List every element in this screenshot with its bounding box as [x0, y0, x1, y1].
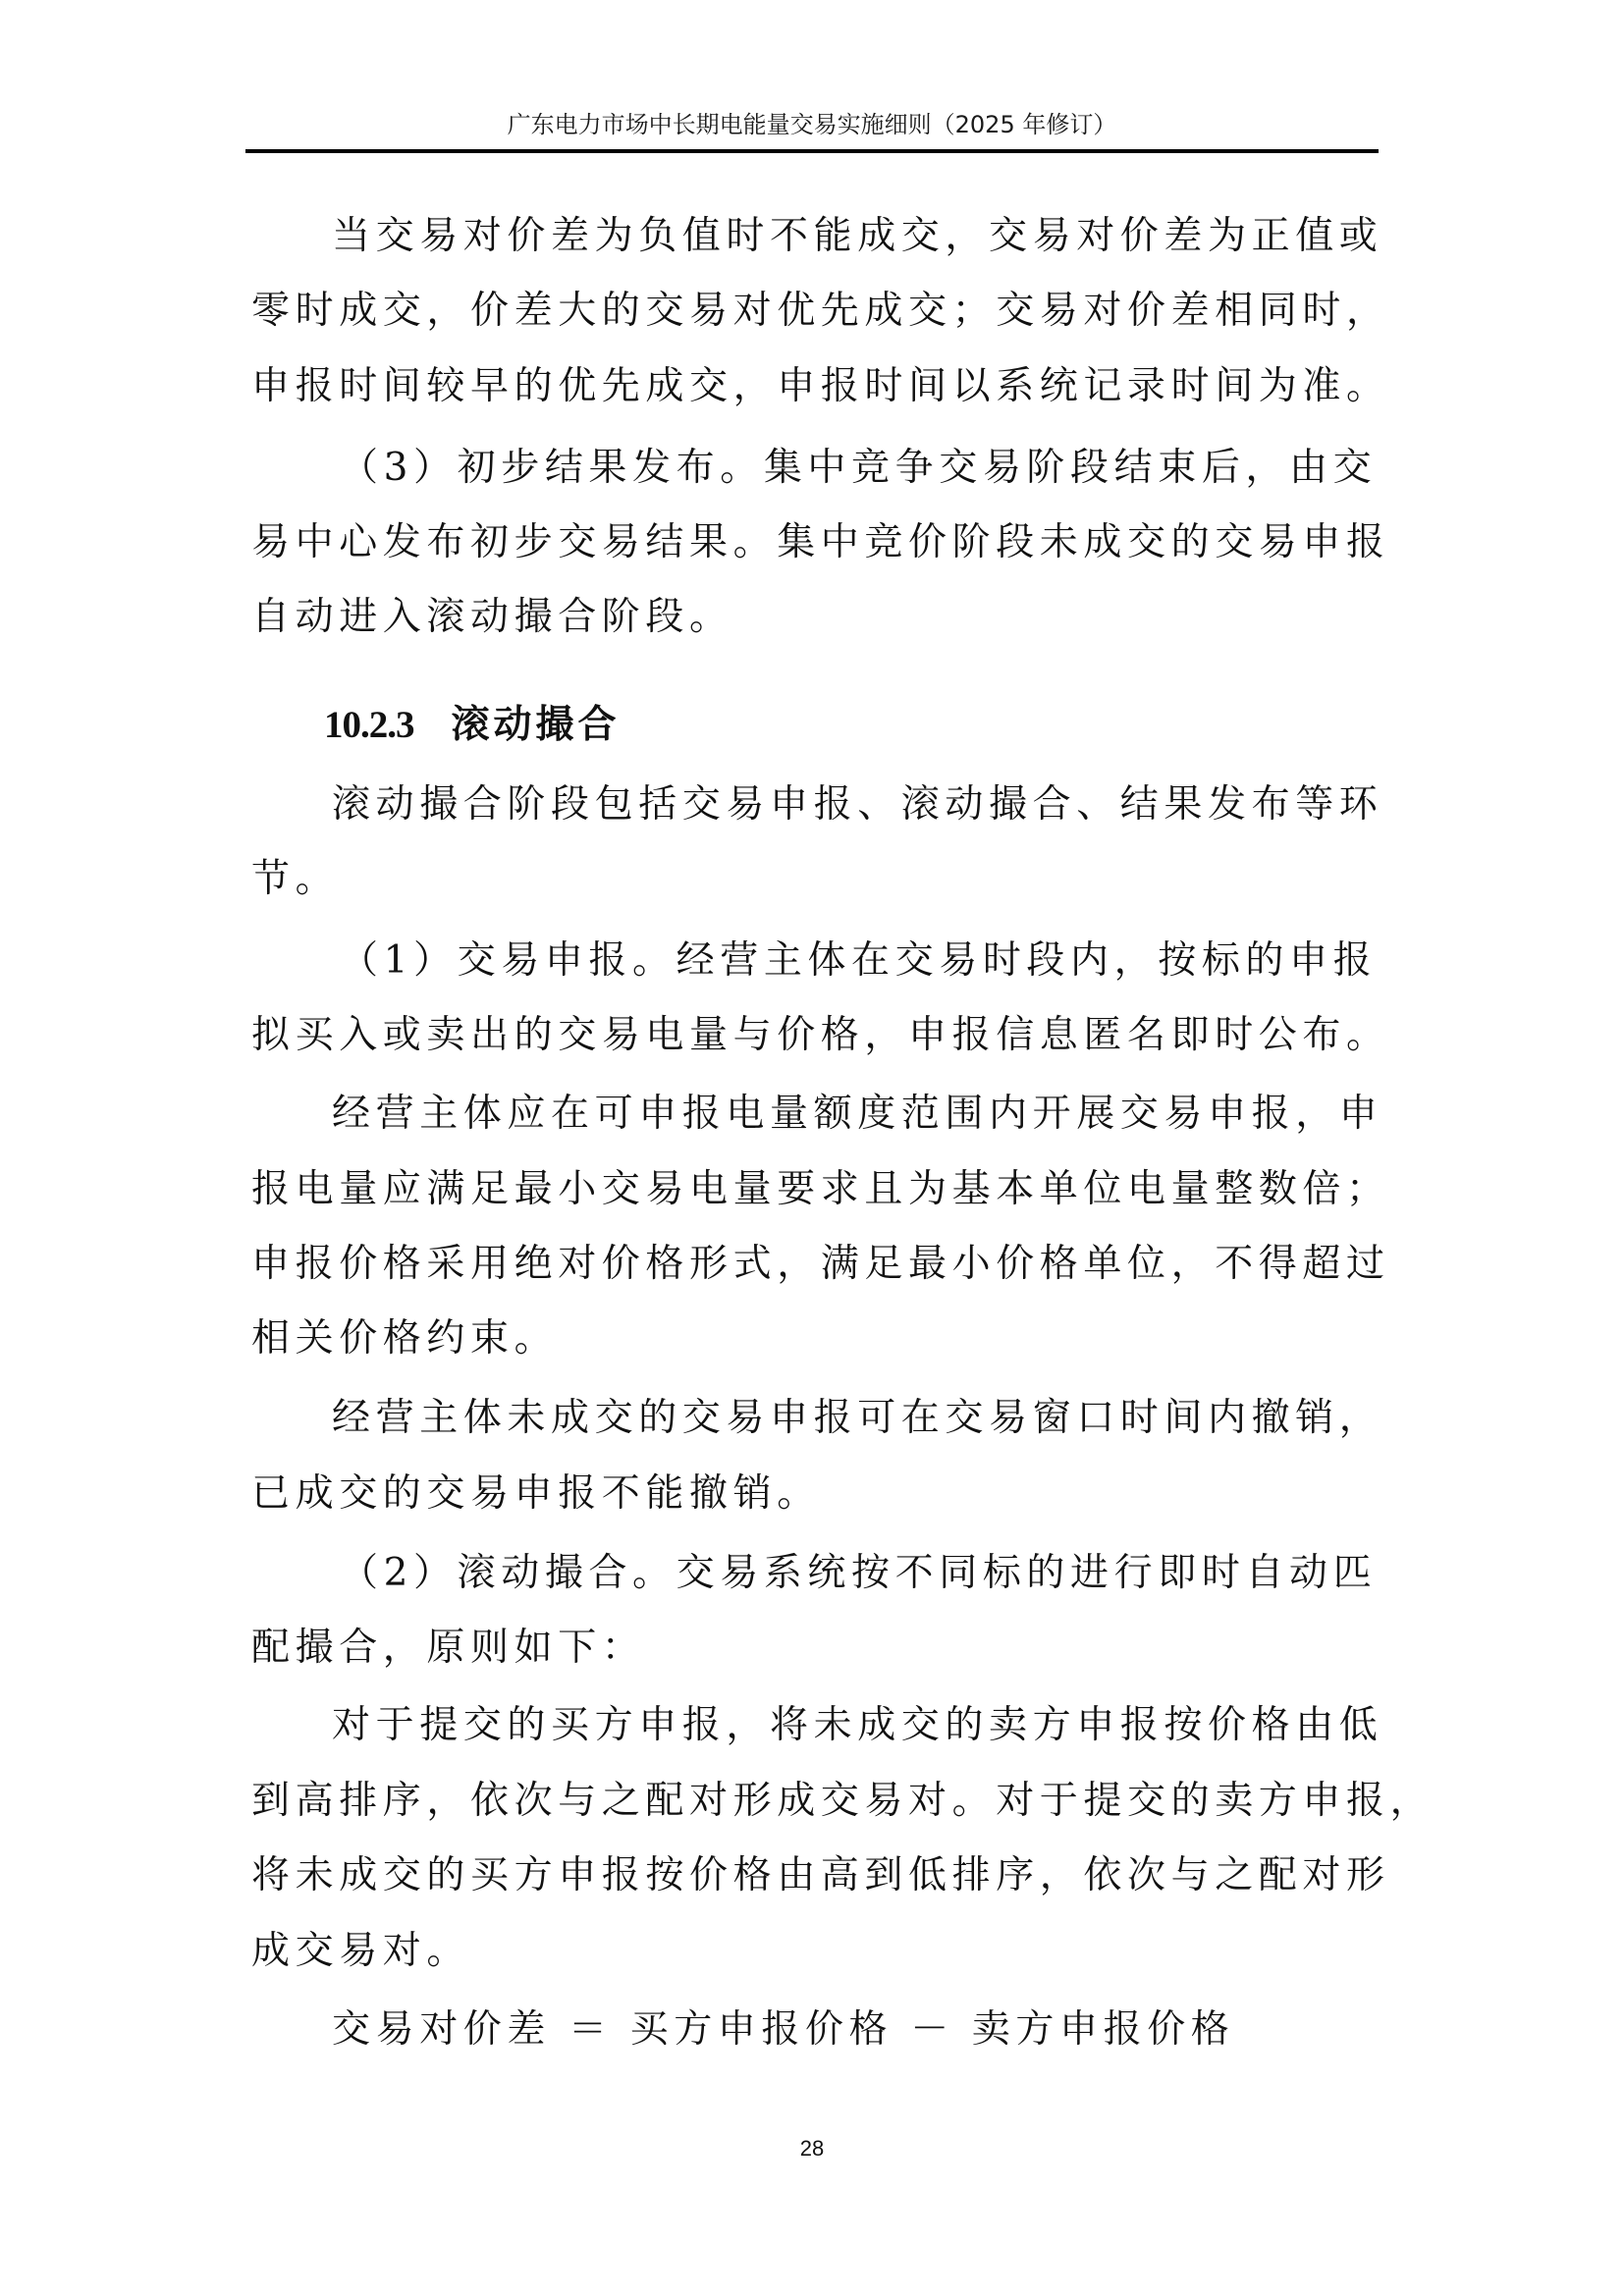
running-header: 广东电力市场中长期电能量交易实施细则（2025 年修订）: [245, 110, 1379, 139]
paragraph-line: 自动进入滚动撮合阶段。: [251, 593, 733, 642]
paragraph-line: （1）交易申报。经营主体在交易时段内，按标的申报: [340, 936, 1377, 986]
paragraph-line: 零时成交，价差大的交易对优先成交；交易对价差相同时，: [251, 287, 1390, 336]
paragraph-line: 已成交的交易申报不能撤销。: [251, 1469, 821, 1519]
paragraph-line: 节。: [251, 855, 339, 904]
paragraph-line: 报电量应满足最小交易电量要求且为基本单位电量整数倍；: [251, 1165, 1390, 1214]
section-heading: 10.2.3滚动撮合: [324, 700, 621, 750]
paragraph-line: 申报时间较早的优先成交，申报时间以系统记录时间为准。: [251, 362, 1390, 411]
paragraph-line: （3）初步结果发布。集中竞争交易阶段结束后，由交: [340, 444, 1377, 493]
paragraph-line: 申报价格采用绝对价格形式，满足最小价格单位，不得超过: [251, 1240, 1390, 1289]
paragraph-line: 经营主体应在可申报电量额度范围内开展交易申报，申: [332, 1090, 1382, 1139]
document-page: 广东电力市场中长期电能量交易实施细则（2025 年修订） 当交易对价差为负值时不…: [0, 0, 1624, 2296]
paragraph-line: 相关价格约束。: [251, 1314, 558, 1363]
paragraph-line: 成交易对。: [251, 1927, 470, 1976]
paragraph-line: （2）滚动撮合。交易系统按不同标的进行即时自动匹: [340, 1549, 1377, 1598]
header-divider: [245, 149, 1379, 153]
paragraph-line: 当交易对价差为负值时不能成交，交易对价差为正值或: [332, 212, 1382, 261]
section-title: 滚动撮合: [452, 702, 621, 747]
paragraph-line: 拟买入或卖出的交易电量与价格，申报信息匿名即时公布。: [251, 1011, 1390, 1060]
page-number: 28: [0, 2136, 1624, 2162]
paragraph-line: 经营主体未成交的交易申报可在交易窗口时间内撤销，: [332, 1394, 1382, 1443]
paragraph-line: 到高排序，依次与之配对形成交易对。对于提交的卖方申报，: [251, 1777, 1434, 1826]
paragraph-line: 滚动撮合阶段包括交易申报、滚动撮合、结果发布等环: [332, 780, 1382, 829]
formula-line: 交易对价差 ＝ 买方申报价格 － 卖方申报价格: [332, 2005, 1234, 2055]
section-number: 10.2.3: [324, 704, 414, 746]
paragraph-line: 配撮合，原则如下：: [251, 1624, 645, 1673]
paragraph-line: 对于提交的买方申报，将未成交的卖方申报按价格由低: [332, 1701, 1382, 1750]
paragraph-line: 将未成交的买方申报按价格由高到低排序，依次与之配对形: [251, 1851, 1390, 1900]
paragraph-line: 易中心发布初步交易结果。集中竞价阶段未成交的交易申报: [251, 518, 1390, 567]
